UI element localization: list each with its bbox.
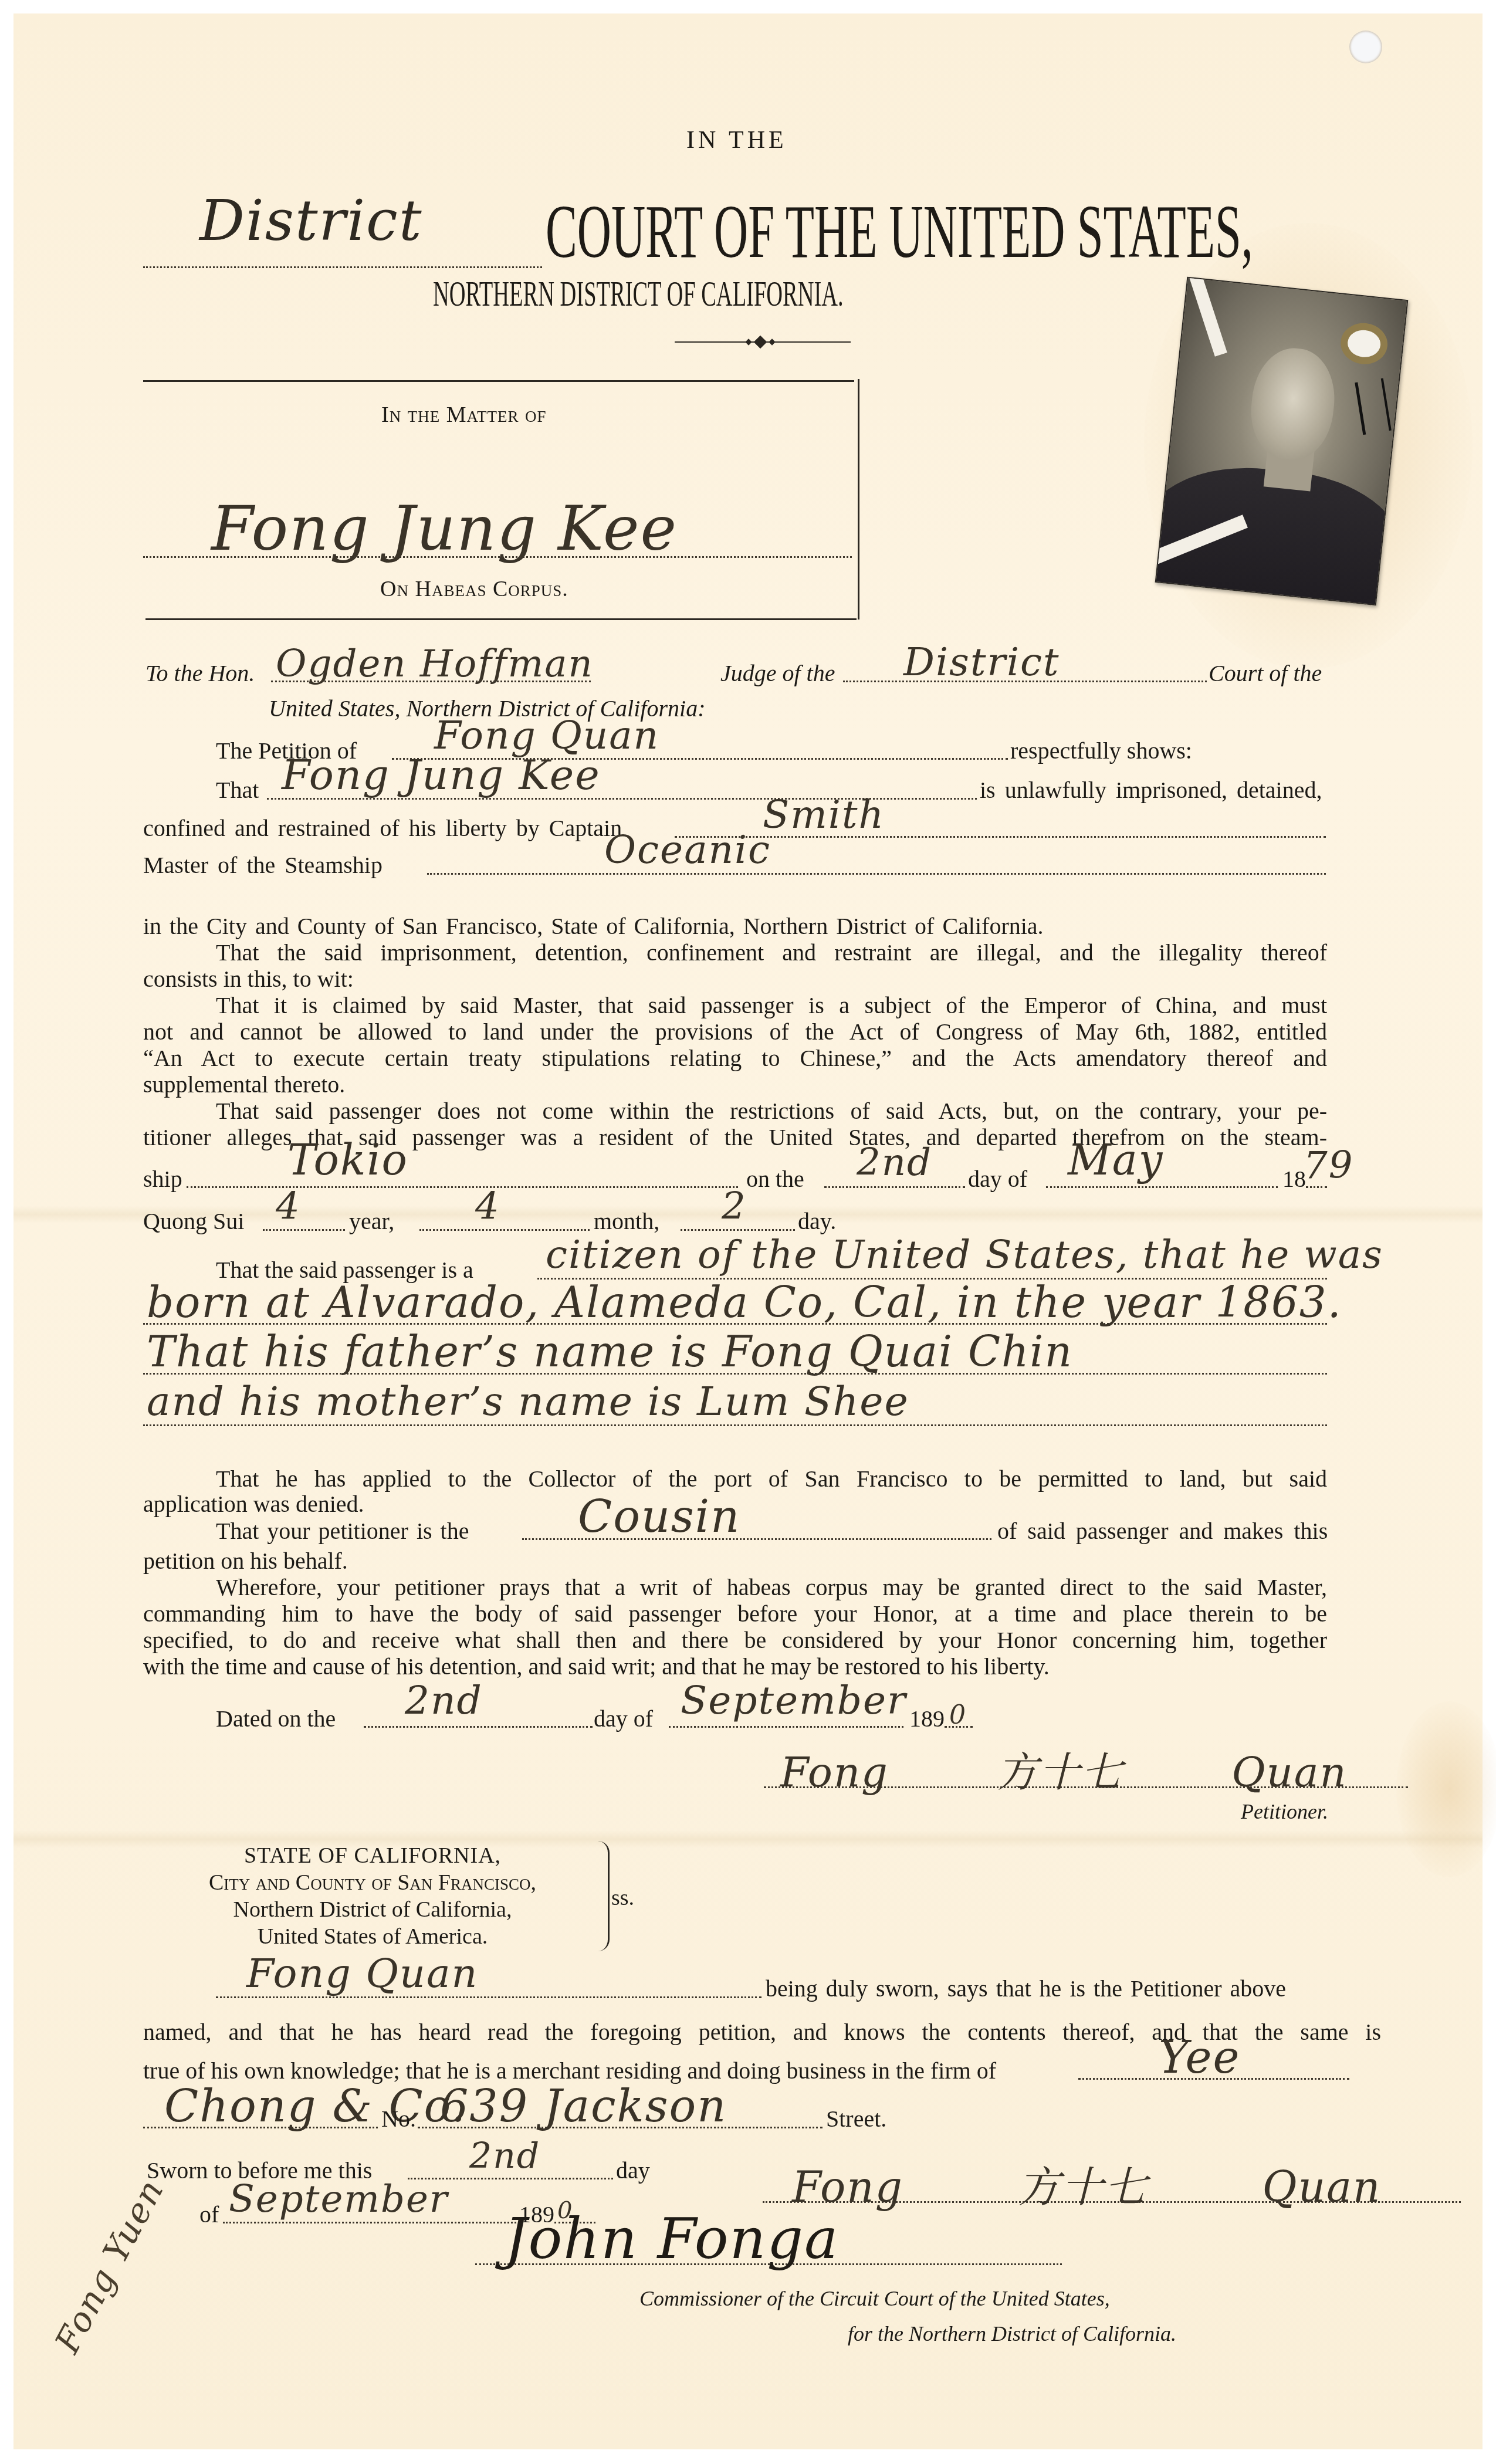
subject-name-blank <box>143 556 852 558</box>
departure-day-blank <box>824 1186 965 1188</box>
judge-of-the-label: Judge of the <box>720 662 835 685</box>
quong-sui-label: Quong Sui <box>143 1210 244 1233</box>
matter-box-bottom-rule <box>145 618 857 620</box>
departure-year-handwritten: 79 <box>1304 1144 1353 1187</box>
year-label: year, <box>349 1210 394 1233</box>
claim-line-3: “An Act to execute certain treaty stipul… <box>143 1044 1327 1072</box>
matter-box-top-rule <box>143 380 854 382</box>
petitioner-label: Petitioner. <box>1241 1801 1328 1822</box>
wherefore-line-1: Wherefore, your petitioner prays that a … <box>216 1573 1327 1601</box>
that-label: That <box>216 779 259 802</box>
collector-line-1: That he has applied to the Collector of … <box>216 1465 1327 1492</box>
claim-line-1: That it is claimed by said Master, that … <box>216 991 1327 1019</box>
status-handwritten-4: and his mother’s name is Lum Shee <box>147 1379 909 1425</box>
venue-line-1: STATE OF CALIFORNIA, <box>147 1842 598 1869</box>
court-title-text: COURT OF THE UNITED STATES, <box>546 194 1253 270</box>
court-type-blank <box>143 266 542 268</box>
no-label: No. <box>381 2107 416 2131</box>
in-the-matter-of-label: In the Matter of <box>381 404 546 426</box>
affiant-name-handwritten: Fong Quan <box>246 1951 478 1997</box>
of-said-passenger-label: of said passenger and makes this <box>997 1519 1328 1543</box>
petitioner-signature-handwritten: Fong 方十七 Quan <box>780 1739 1348 1799</box>
district-heading-text: NORTHERN DISTRICT OF CALIFORNIA. <box>433 276 844 312</box>
photo-subject-head <box>1246 344 1339 464</box>
street-address-handwritten: 639 Jackson <box>440 2080 727 2132</box>
court-type-handwritten: District <box>199 188 422 253</box>
month-label: month, <box>594 1210 659 1233</box>
dated-day-handwritten: 2nd <box>405 1678 483 1723</box>
behalf-line: petition on his behalf. <box>143 1547 1327 1575</box>
firm-name-handwritten-1: Yee <box>1159 2031 1241 2083</box>
confined-text: confined and restrained of his liberty b… <box>143 817 622 840</box>
judge-name-handwritten: Ogden Hoffman <box>276 642 594 686</box>
venue-brace <box>597 1841 610 1951</box>
being-duly-sworn-text: being duly sworn, says that he is the Pe… <box>766 1977 1286 2001</box>
claim-line-2: not and cannot be allowed to land under … <box>143 1018 1327 1045</box>
sworn-of-label: of <box>199 2203 219 2226</box>
commissioner-title-line-1: Commissioner of the Circuit Court of the… <box>639 2288 1110 2309</box>
court-title: COURT OF THE UNITED STATES, <box>546 194 1496 270</box>
in-the-heading: IN THE <box>686 128 787 153</box>
departure-ship-blank <box>187 1186 738 1188</box>
district-heading: NORTHERN DISTRICT OF CALIFORNIA. <box>433 276 1095 312</box>
dated-month-handwritten: September <box>681 1678 907 1723</box>
sworn-month-blank <box>223 2222 516 2223</box>
portrait-photo <box>1155 277 1409 606</box>
merchant-line: true of his own knowledge; that he is a … <box>143 2059 996 2083</box>
affiant-signature-handwritten: Fong 方十七 Quan <box>792 2153 1381 2214</box>
dated-on-the-label: Dated on the <box>216 1707 336 1731</box>
matter-box-bracket <box>858 379 859 620</box>
status-handwritten-3: That his father’s name is Fong Quai Chin <box>147 1327 1073 1376</box>
punch-hole <box>1349 31 1382 63</box>
water-stain <box>1396 1701 1496 1877</box>
commissioner-signature-handwritten: John Fonga <box>505 2206 839 2272</box>
master-of-steamship-label: Master of the Steamship <box>143 854 383 877</box>
steamship-name-handwritten: Oceanic <box>604 827 771 872</box>
sworn-month-handwritten: September <box>229 2178 448 2221</box>
illegality-line-2: consists in this, to wit: <box>143 965 1327 993</box>
unlawfully-text: is unlawfully imprisoned, detained, <box>980 779 1322 802</box>
day-of-label: day of <box>968 1167 1027 1191</box>
ornament-divider <box>675 336 851 348</box>
detainee-name-handwritten: Fong Jung Kee <box>282 751 601 799</box>
status-handwritten-1: citizen of the United States, that he wa… <box>546 1232 1383 1277</box>
quong-sui-year-blank <box>263 1229 345 1231</box>
day-label: day. <box>798 1210 836 1233</box>
departure-ship-handwritten: Tokio <box>287 1135 408 1184</box>
street-label: Street. <box>826 2107 886 2131</box>
dated-month-blank <box>669 1726 903 1728</box>
photo-ink-mark <box>1355 378 1391 435</box>
quong-sui-day-blank <box>681 1229 795 1231</box>
wherefore-line-2: commanding him to have the body of said … <box>143 1600 1327 1627</box>
ship-label: ship <box>143 1167 182 1191</box>
relationship-handwritten: Cousin <box>578 1490 740 1542</box>
claim-line-4: supplemental thereto. <box>143 1071 1327 1098</box>
venue-line-3: Northern District of California, <box>147 1896 598 1923</box>
on-the-label: on the <box>746 1167 804 1191</box>
wherefore-line-3: specified, to do and receive what shall … <box>143 1626 1327 1654</box>
wherefore-line-4: with the time and cause of his detention… <box>143 1653 1327 1680</box>
commissioner-title-line-2: for the Northern District of California. <box>848 2323 1176 2344</box>
venue-block: STATE OF CALIFORNIA, City and County of … <box>147 1842 598 1950</box>
ss-label: ss. <box>611 1887 634 1909</box>
quong-sui-year-handwritten: 4 <box>276 1185 301 1228</box>
photo-tear <box>1190 277 1227 357</box>
court-of-the-label: Court of the <box>1209 662 1322 685</box>
year-prefix-label: 18 <box>1282 1167 1306 1191</box>
to-the-hon-label: To the Hon. <box>145 662 255 685</box>
firm-name-handwritten-2: Chong & Co. <box>164 2080 466 2132</box>
illegality-line-1: That the said imprisonment, detention, c… <box>216 939 1327 966</box>
departure-day-handwritten: 2nd <box>857 1141 932 1184</box>
quong-sui-day-handwritten: 2 <box>722 1185 747 1228</box>
location-line: in the City and County of San Francisco,… <box>143 912 1327 940</box>
quong-sui-month-handwritten: 4 <box>475 1185 500 1228</box>
venue-line-4: United States of America. <box>147 1923 598 1950</box>
dated-year-prefix: 189 <box>909 1707 945 1731</box>
dated-day-of-label: day of <box>594 1707 653 1731</box>
dated-day-blank <box>364 1726 593 1728</box>
petitioner-is-the-label: That your petitioner is the <box>216 1519 469 1543</box>
quong-sui-month-blank <box>419 1229 590 1231</box>
departure-month-blank <box>1046 1186 1278 1188</box>
respectfully-shows-label: respectfully shows: <box>1010 739 1192 763</box>
status-handwritten-2: born at Alvarado, Alameda Co, Cal, in th… <box>147 1278 1342 1327</box>
captain-name-handwritten: Smith <box>763 792 885 837</box>
court-type-handwritten-2: District <box>903 639 1060 685</box>
venue-line-2: City and County of San Francisco, <box>147 1869 598 1896</box>
subject-name-handwritten: Fong Jung Kee <box>211 493 678 564</box>
dated-year-handwritten: 0 <box>949 1700 967 1730</box>
grommet-eyelet-icon <box>1339 321 1390 367</box>
resident-line-1: That said passenger does not come within… <box>216 1097 1327 1125</box>
sworn-day-label: day <box>616 2159 650 2182</box>
steamship-name-blank <box>427 873 1326 875</box>
sworn-day-handwritten: 2nd <box>469 2135 540 2177</box>
on-habeas-corpus-label: On Habeas Corpus. <box>380 578 568 600</box>
departure-month-handwritten: May <box>1068 1135 1163 1184</box>
